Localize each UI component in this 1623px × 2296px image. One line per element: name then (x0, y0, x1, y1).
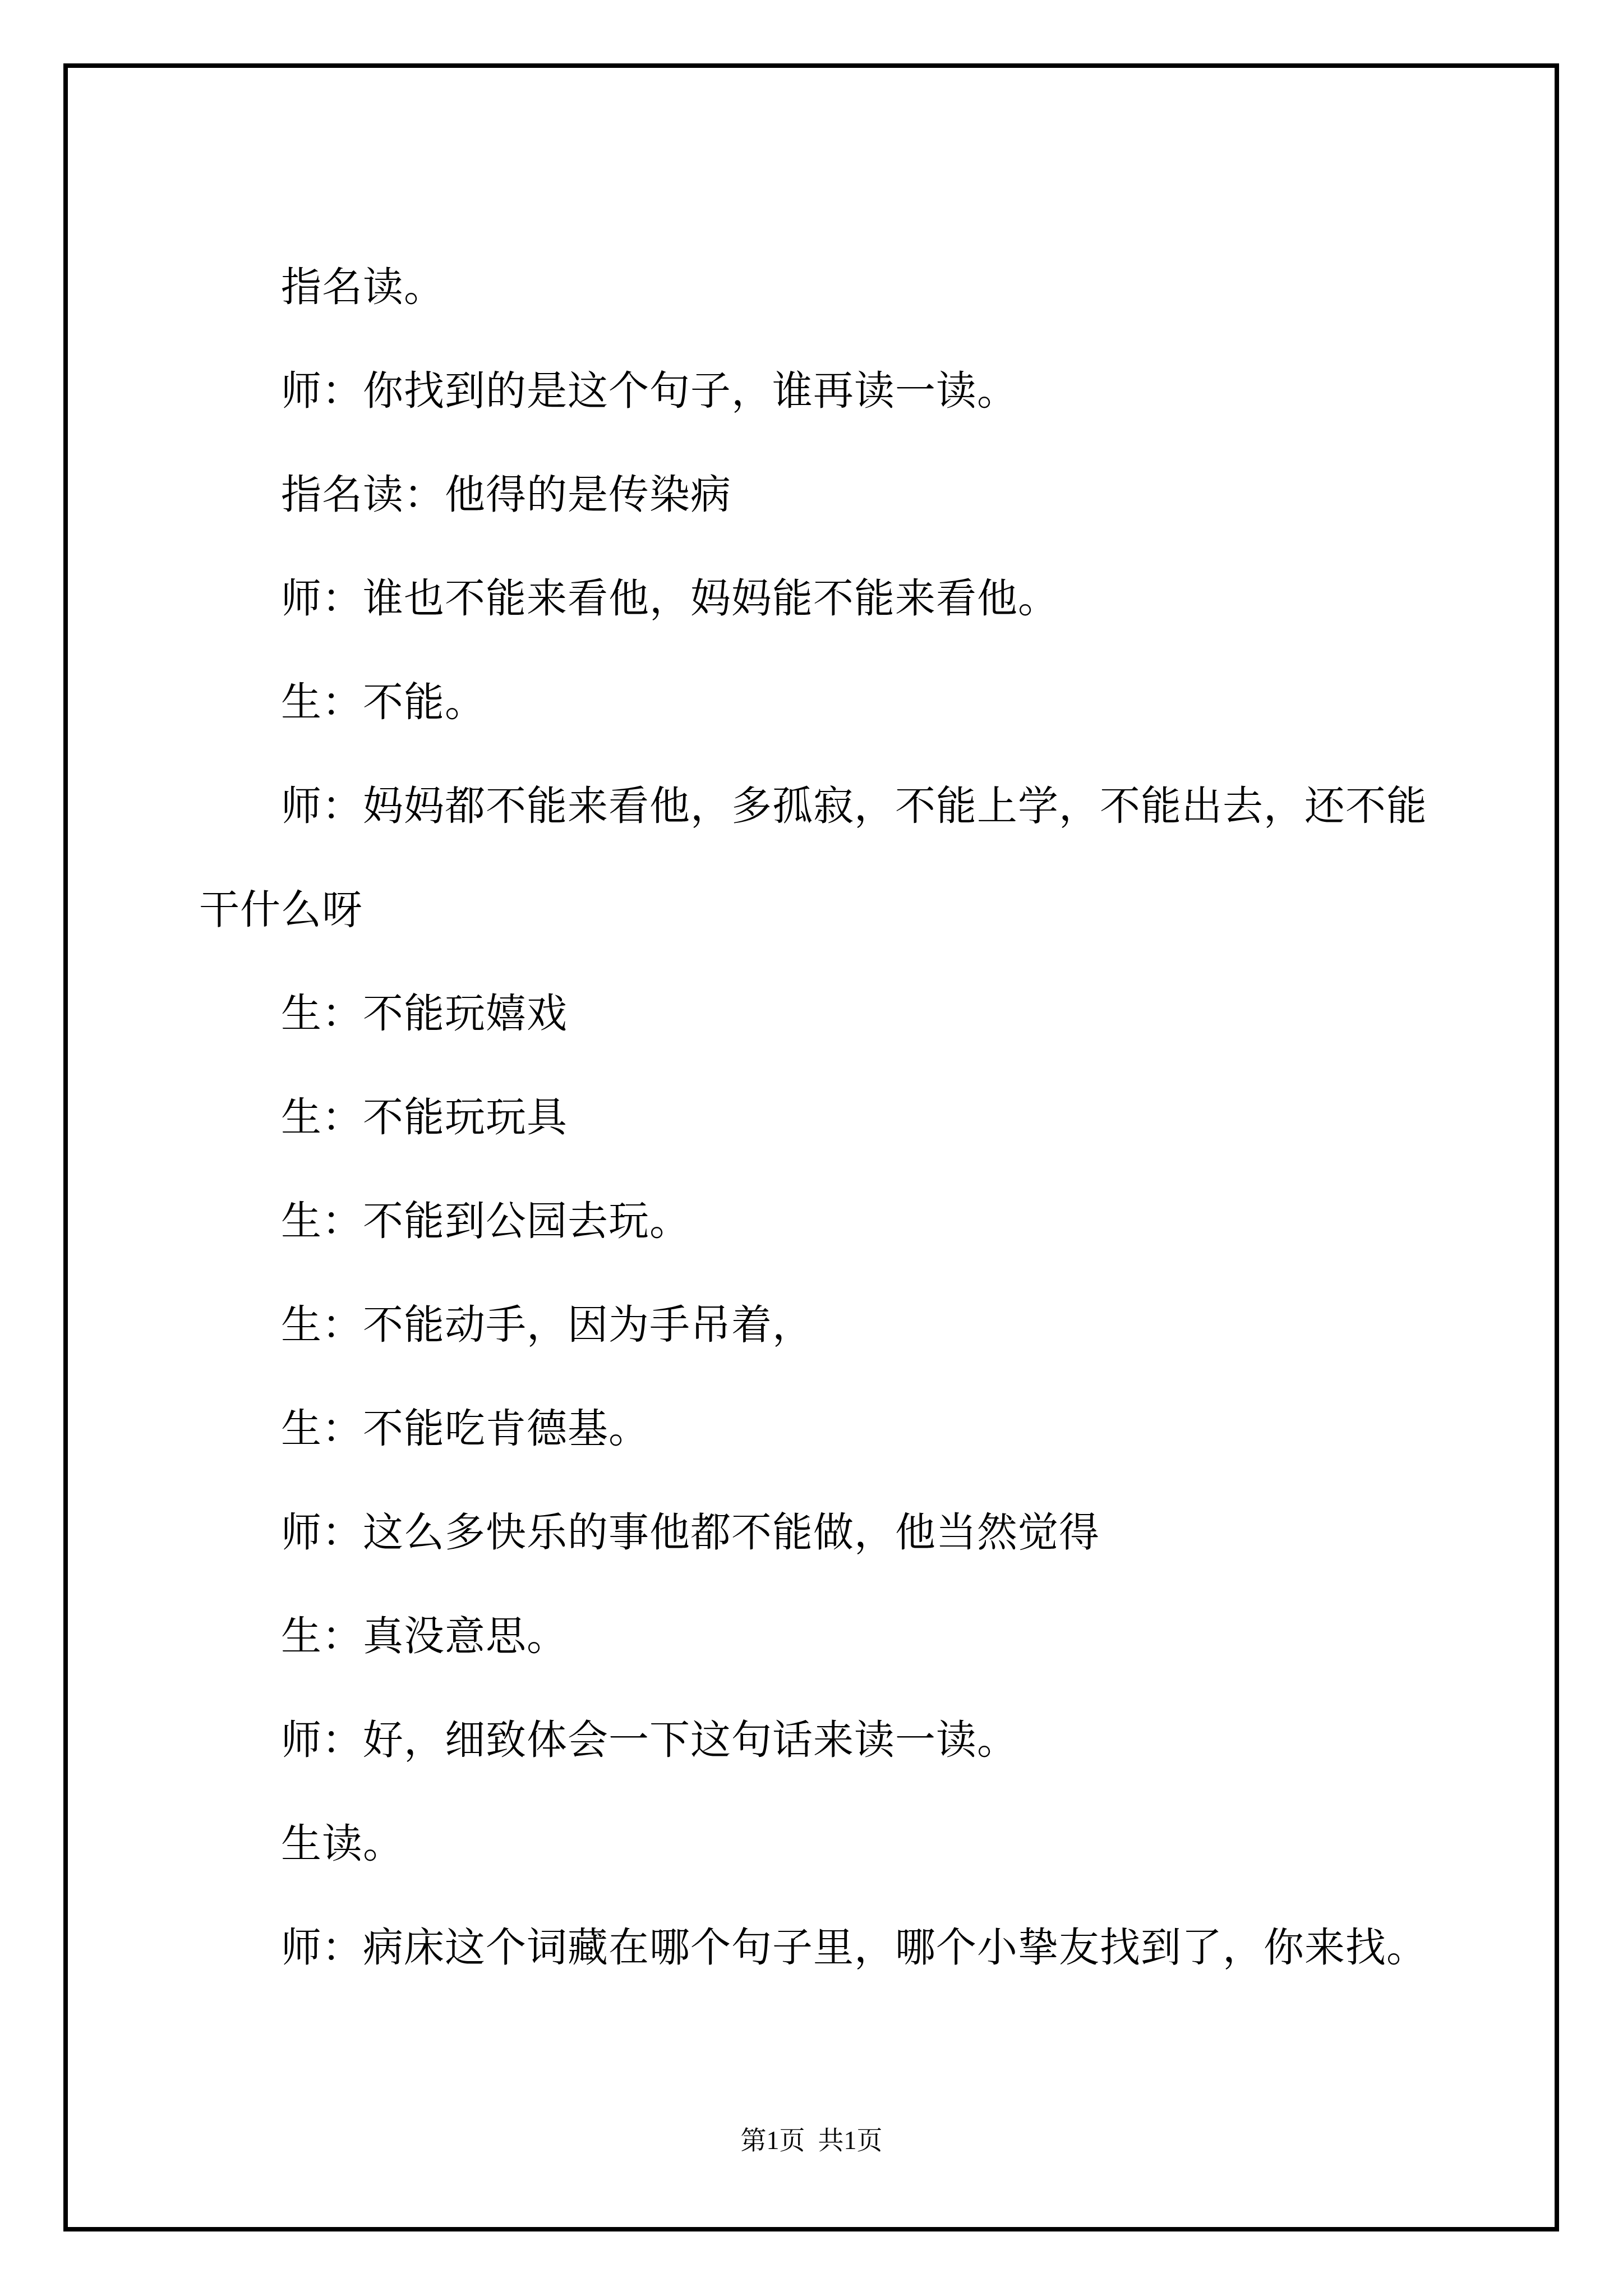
paragraph-line: 生：真没意思。 (199, 1585, 1511, 1688)
paragraph-line: 生：不能。 (199, 651, 1511, 754)
paragraph-line: 师：这么多快乐的事他都不能做，他当然觉得 (199, 1481, 1511, 1585)
page-number-footer: 第1页 共1页 (0, 2124, 1623, 2157)
paragraph-line: 生：不能动手，因为手吊着， (199, 1273, 1511, 1377)
paragraph-line: 师：妈妈都不能来看他，多孤寂，不能上学，不能出去，还不能 (199, 754, 1511, 858)
paragraph-line: 师：谁也不能来看他，妈妈能不能来看他。 (199, 547, 1511, 651)
paragraph-line: 干什么呀 (199, 858, 1511, 962)
paragraph-line: 指名读：他得的是传染病 (199, 443, 1511, 547)
paragraph-line: 生：不能吃肯德基。 (199, 1377, 1511, 1481)
paragraph-line: 生：不能玩玩具 (199, 1066, 1511, 1170)
paragraph-line: 指名读。 (199, 236, 1511, 339)
paragraph-line: 生：不能到公园去玩。 (199, 1170, 1511, 1273)
document-body: 指名读。师：你找到的是这个句子，谁再读一读。指名读：他得的是传染病师：谁也不能来… (199, 236, 1511, 2000)
paragraph-line: 师：你找到的是这个句子，谁再读一读。 (199, 339, 1511, 443)
paragraph-line: 生读。 (199, 1792, 1511, 1896)
document-page: { "page": { "colors": { "background": "#… (0, 0, 1623, 2296)
paragraph-line: 师：病床这个词藏在哪个句子里，哪个小挚友找到了，你来找。 (199, 1896, 1511, 2000)
paragraph-line: 师：好，细致体会一下这句话来读一读。 (199, 1688, 1511, 1792)
paragraph-line: 生：不能玩嬉戏 (199, 962, 1511, 1066)
